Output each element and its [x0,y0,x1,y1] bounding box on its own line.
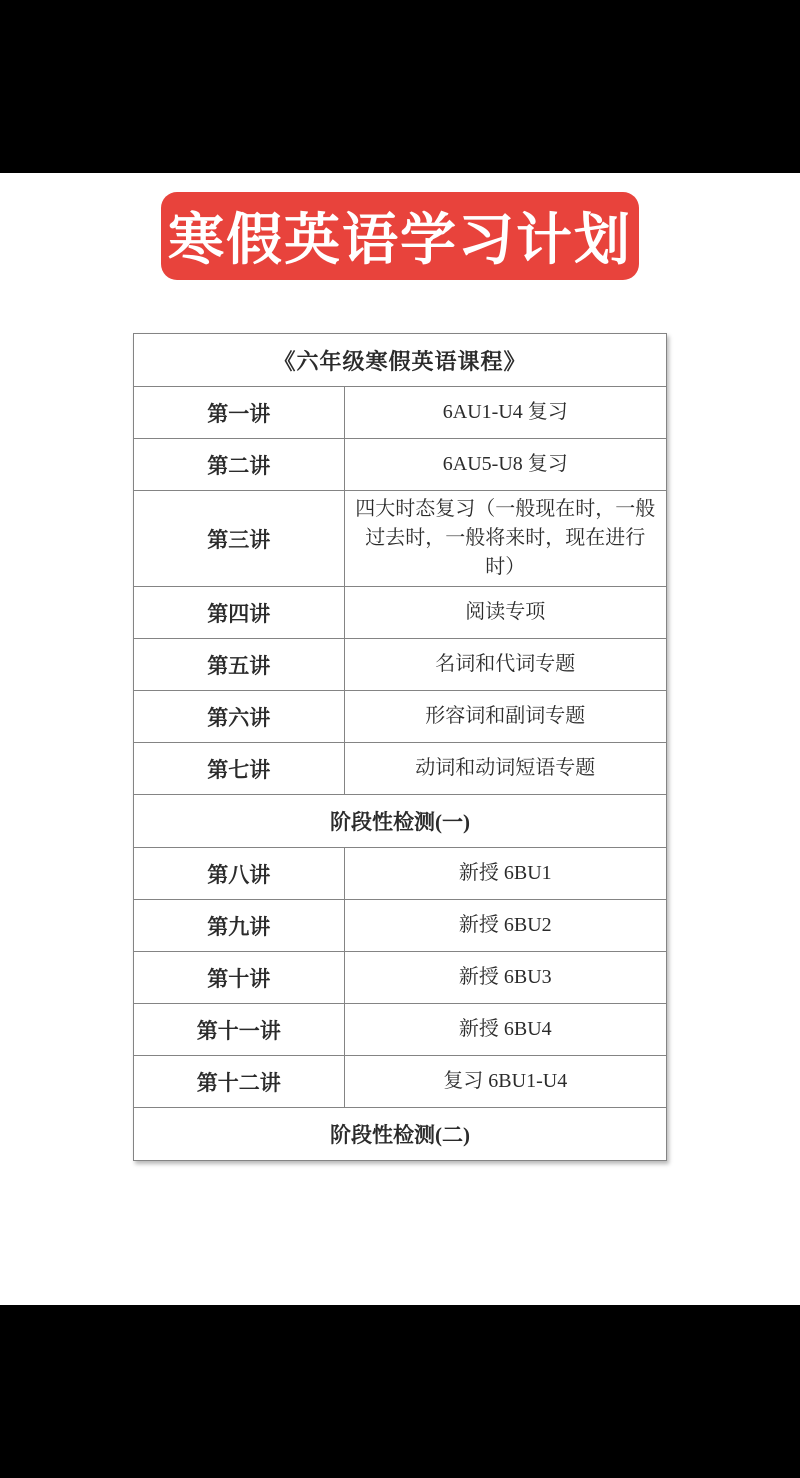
page: 寒假英语学习计划 《六年级寒假英语课程》 第一讲 6AU1-U4 复习 第二讲 … [0,0,800,1478]
table-row: 第十一讲 新授 6BU4 [134,1004,667,1056]
lesson-content: 新授 6BU3 [344,952,666,1004]
section-label: 阶段性检测(二) [134,1108,667,1161]
lesson-content: 名词和代词专题 [344,639,666,691]
table-row: 第一讲 6AU1-U4 复习 [134,387,667,439]
letterbox-top [0,0,800,173]
table-title: 《六年级寒假英语课程》 [134,334,667,387]
course-table: 《六年级寒假英语课程》 第一讲 6AU1-U4 复习 第二讲 6AU5-U8 复… [133,333,667,1161]
lesson-label: 第十一讲 [134,1004,345,1056]
lesson-label: 第十讲 [134,952,345,1004]
lesson-content: 四大时态复习（一般现在时，一般过去时，一般将来时，现在进行时） [344,491,666,587]
lesson-label: 第七讲 [134,743,345,795]
table-row: 第五讲 名词和代词专题 [134,639,667,691]
section-label: 阶段性检测(一) [134,795,667,848]
lesson-label: 第十二讲 [134,1056,345,1108]
lesson-content: 形容词和副词专题 [344,691,666,743]
table-row: 第八讲 新授 6BU1 [134,848,667,900]
lesson-content: 新授 6BU1 [344,848,666,900]
lesson-label: 第三讲 [134,491,345,587]
table-row: 第二讲 6AU5-U8 复习 [134,439,667,491]
lesson-label: 第一讲 [134,387,345,439]
lesson-label: 第六讲 [134,691,345,743]
lesson-content: 阅读专项 [344,587,666,639]
lesson-content: 6AU5-U8 复习 [344,439,666,491]
lesson-content: 复习 6BU1-U4 [344,1056,666,1108]
lesson-label: 第五讲 [134,639,345,691]
title-banner: 寒假英语学习计划 [161,192,639,280]
table-title-row: 《六年级寒假英语课程》 [134,334,667,387]
page-title: 寒假英语学习计划 [168,196,632,276]
letterbox-bottom [0,1305,800,1478]
table-row: 第七讲 动词和动词短语专题 [134,743,667,795]
lesson-label: 第二讲 [134,439,345,491]
lesson-label: 第四讲 [134,587,345,639]
lesson-content: 新授 6BU4 [344,1004,666,1056]
table-row: 第十二讲 复习 6BU1-U4 [134,1056,667,1108]
lesson-content: 动词和动词短语专题 [344,743,666,795]
table-row: 第六讲 形容词和副词专题 [134,691,667,743]
lesson-content: 6AU1-U4 复习 [344,387,666,439]
table-row: 第四讲 阅读专项 [134,587,667,639]
lesson-label: 第八讲 [134,848,345,900]
table-section-row: 阶段性检测(二) [134,1108,667,1161]
table-row: 第九讲 新授 6BU2 [134,900,667,952]
lesson-label: 第九讲 [134,900,345,952]
table-row: 第三讲 四大时态复习（一般现在时，一般过去时，一般将来时，现在进行时） [134,491,667,587]
table-section-row: 阶段性检测(一) [134,795,667,848]
table-row: 第十讲 新授 6BU3 [134,952,667,1004]
lesson-content: 新授 6BU2 [344,900,666,952]
